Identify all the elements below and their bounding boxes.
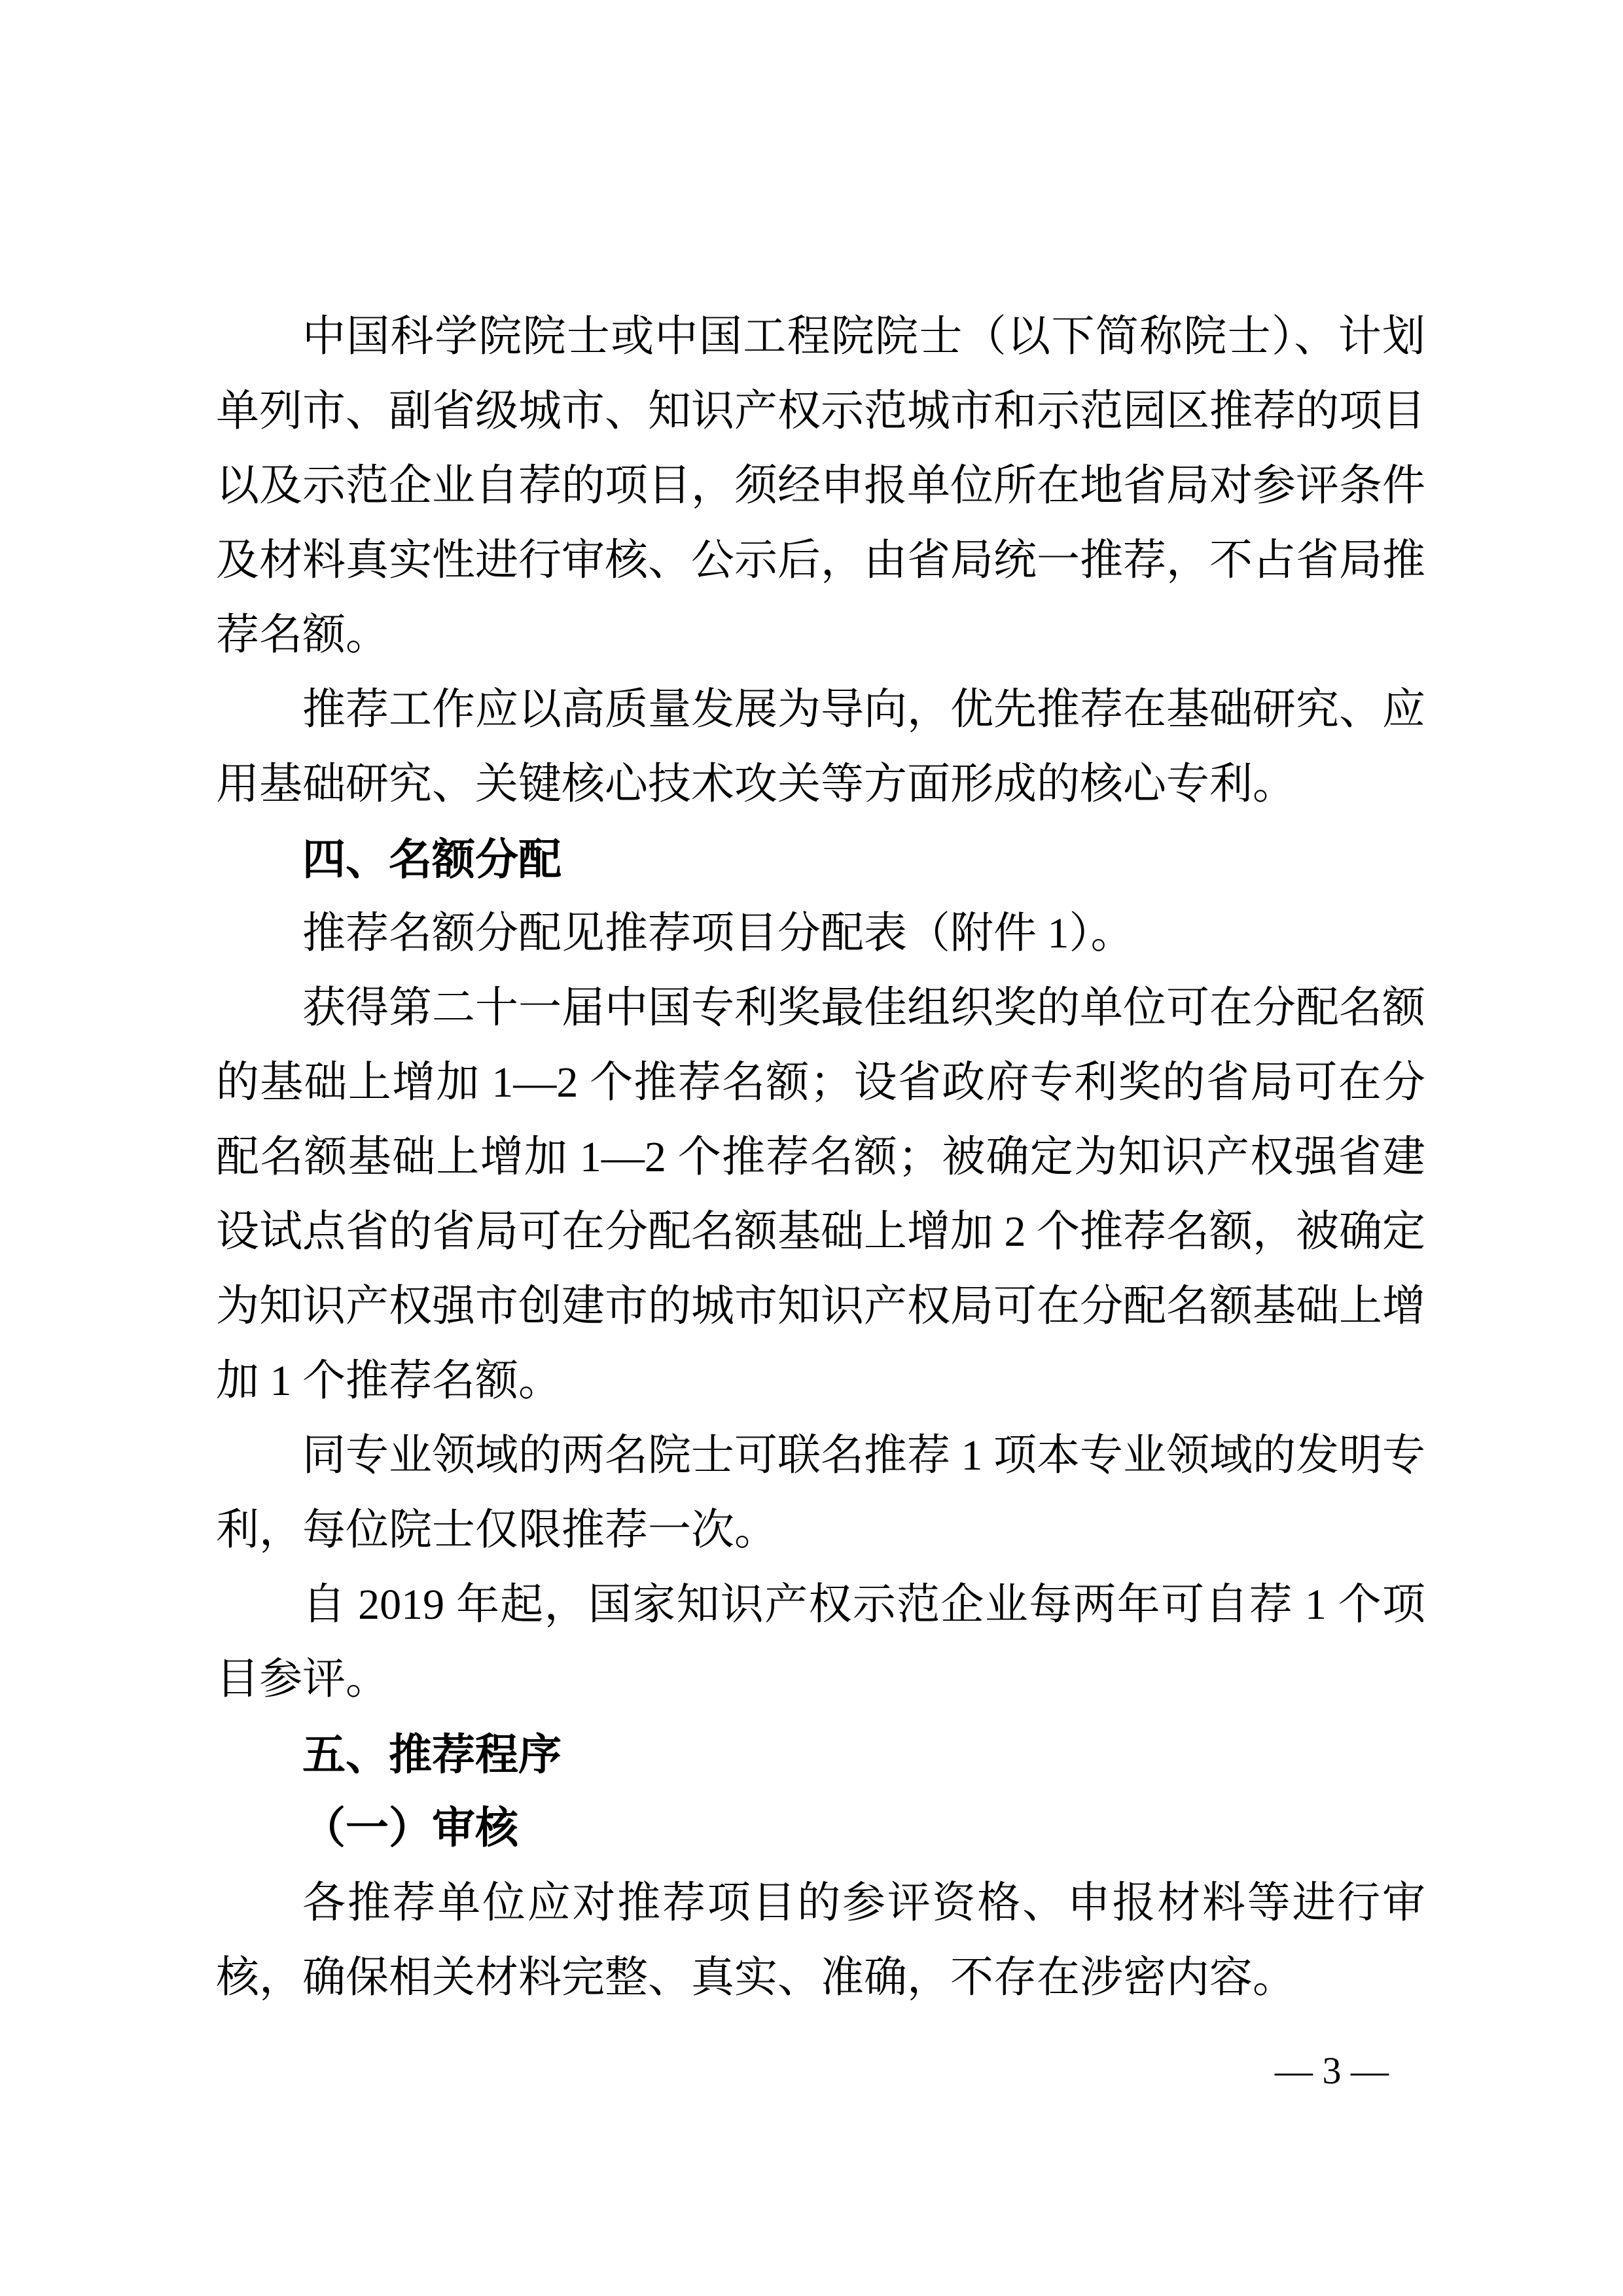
paragraph: 推荐名额分配见推荐项目分配表（附件 1）。	[216, 896, 1425, 971]
section-heading: 五、推荐程序	[216, 1717, 1425, 1792]
page-number: — 3 —	[1275, 2045, 1389, 2096]
document-page: 中国科学院院士或中国工程院院士（以下简称院士）、计划单列市、副省级城市、知识产权…	[0, 0, 1623, 2296]
paragraph: 推荐工作应以高质量发展为导向，优先推荐在基础研究、应用基础研究、关键核心技术攻关…	[216, 673, 1425, 822]
section-heading: （一）审核	[216, 1792, 1425, 1866]
section-heading: 四、名额分配	[216, 822, 1425, 896]
paragraph: 获得第二十一届中国专利奖最佳组织奖的单位可在分配名额的基础上增加 1—2 个推荐…	[216, 971, 1425, 1419]
paragraph: 中国科学院院士或中国工程院院士（以下简称院士）、计划单列市、副省级城市、知识产权…	[216, 300, 1425, 673]
paragraph: 自 2019 年起，国家知识产权示范企业每两年可自荐 1 个项目参评。	[216, 1568, 1425, 1717]
paragraph: 各推荐单位应对推荐项目的参评资格、申报材料等进行审核，确保相关材料完整、真实、准…	[216, 1866, 1425, 2015]
paragraph: 同专业领域的两名院士可联名推荐 1 项本专业领域的发明专利，每位院士仅限推荐一次…	[216, 1419, 1425, 1568]
document-content: 中国科学院院士或中国工程院院士（以下简称院士）、计划单列市、副省级城市、知识产权…	[216, 300, 1425, 2015]
